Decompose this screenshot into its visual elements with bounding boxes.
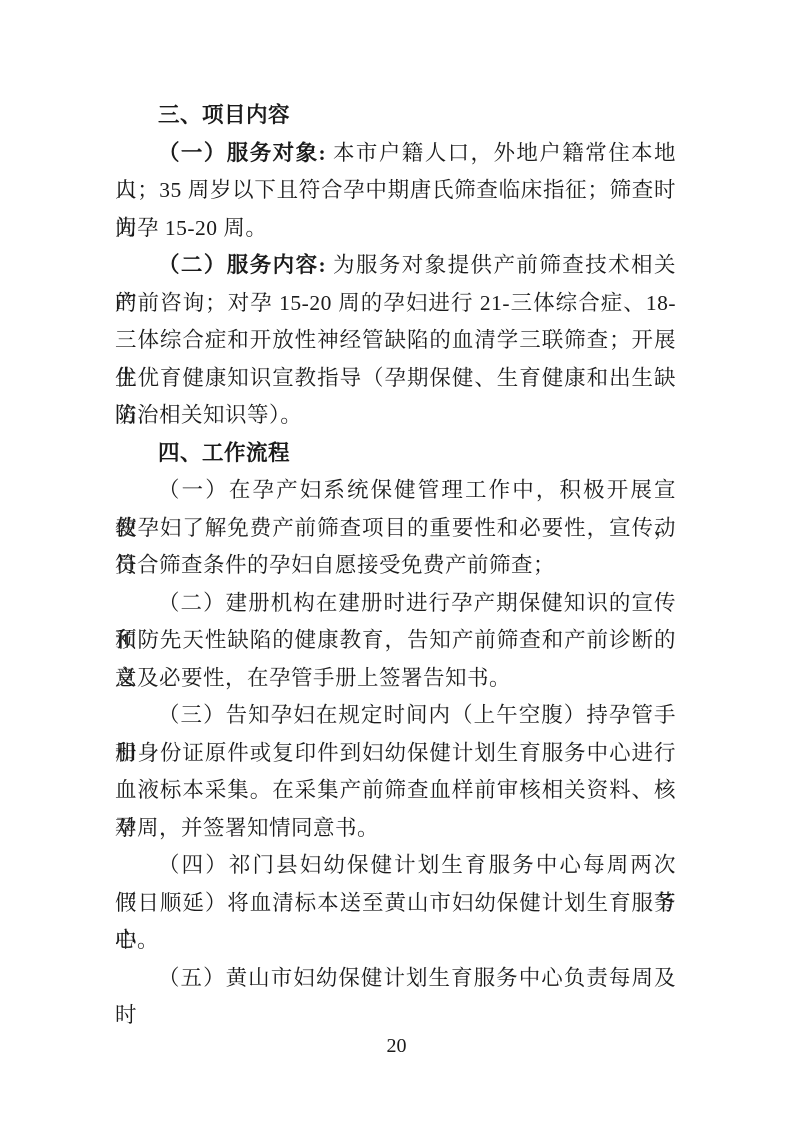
para-workflow-3-line-1: （三）告知孕妇在规定时间内（上午空腹）持孕管手册: [115, 697, 676, 735]
para-service-content-line-4: 生优育健康知识宣教指导（孕期保健、生育健康和出生缺陷: [115, 360, 676, 398]
para-body-text: 孕周，并签署知情同意书。: [115, 816, 379, 840]
para-workflow-1-line-3: 符合筛查条件的孕妇自愿接受免费产前筛查；: [115, 547, 676, 585]
para-workflow-1-line-1: （一）在孕产妇系统保健管理工作中，积极开展宣教，: [115, 472, 676, 510]
heading-text: 三、项目内容: [158, 103, 290, 127]
document-text-block: 三、项目内容 （一）服务对象: 本市户籍人口，外地户籍常住本地人 口；35 周岁…: [115, 97, 676, 997]
page-number: 20: [0, 1031, 793, 1061]
heading-text: 四、工作流程: [158, 441, 290, 465]
para-body-text: （五）黄山市妇幼保健计划生育服务中心负责每周及时: [115, 966, 676, 1028]
para-service-content-line-5: 防治相关知识等）。: [115, 397, 676, 435]
para-body-text: 产前咨询；对孕 15-20 周的孕妇进行 21-三体综合症、18-: [115, 291, 676, 315]
para-service-content-line-1: （二）服务内容: 为服务对象提供产前筛查技术相关的: [115, 247, 676, 285]
para-workflow-2-line-2: 预防先天性缺陷的健康教育，告知产前筛查和产前诊断的意: [115, 622, 676, 660]
para-service-content-line-3: 三体综合症和开放性神经管缺陷的血清学三联筛查；开展优: [115, 322, 676, 360]
para-workflow-4-line-2: 假日顺延）将血清标本送至黄山市妇幼保健计划生育服务中: [115, 885, 676, 923]
document-page: 三、项目内容 （一）服务对象: 本市户籍人口，外地户籍常住本地人 口；35 周岁…: [0, 0, 793, 1122]
para-workflow-1-line-2: 使孕妇了解免费产前筛查项目的重要性和必要性，宣传动员: [115, 510, 676, 548]
para-body-text: 心。: [115, 928, 159, 952]
para-workflow-3-line-2: 和身份证原件或复印件到妇幼保健计划生育服务中心进行: [115, 735, 676, 773]
heading-section-three: 三、项目内容: [115, 97, 676, 135]
para-body-text: 义及必要性，在孕管手册上签署告知书。: [115, 666, 511, 690]
para-body-text: 防治相关知识等）。: [115, 403, 302, 427]
para-workflow-5-line-1: （五）黄山市妇幼保健计划生育服务中心负责每周及时: [115, 960, 676, 998]
para-workflow-3-line-4: 孕周，并签署知情同意书。: [115, 810, 676, 848]
para-workflow-3-line-3: 血液标本采集。在采集产前筛查血样前审核相关资料、核对: [115, 772, 676, 810]
para-workflow-4-line-1: （四）祁门县妇幼保健计划生育服务中心每周两次（节: [115, 847, 676, 885]
para-workflow-2-line-1: （二）建册机构在建册时进行孕产期保健知识的宣传和: [115, 585, 676, 623]
para-service-target-line-2: 口；35 周岁以下且符合孕中期唐氏筛查临床指征；筛查时间: [115, 172, 676, 210]
para-service-target-line-3: 为孕 15-20 周。: [115, 210, 676, 248]
para-lead-label: （二）服务内容:: [158, 253, 326, 277]
para-service-content-line-2: 产前咨询；对孕 15-20 周的孕妇进行 21-三体综合症、18-: [115, 285, 676, 323]
para-workflow-4-line-3: 心。: [115, 922, 676, 960]
para-body-text: 和身份证原件或复印件到妇幼保健计划生育服务中心进行: [115, 741, 676, 765]
para-body-text: 为孕 15-20 周。: [115, 216, 267, 240]
para-lead-label: （一）服务对象:: [158, 141, 326, 165]
para-body-text: 符合筛查条件的孕妇自愿接受免费产前筛查；: [115, 553, 555, 577]
heading-section-four: 四、工作流程: [115, 435, 676, 473]
para-service-target-line-1: （一）服务对象: 本市户籍人口，外地户籍常住本地人: [115, 135, 676, 173]
para-workflow-2-line-3: 义及必要性，在孕管手册上签署告知书。: [115, 660, 676, 698]
